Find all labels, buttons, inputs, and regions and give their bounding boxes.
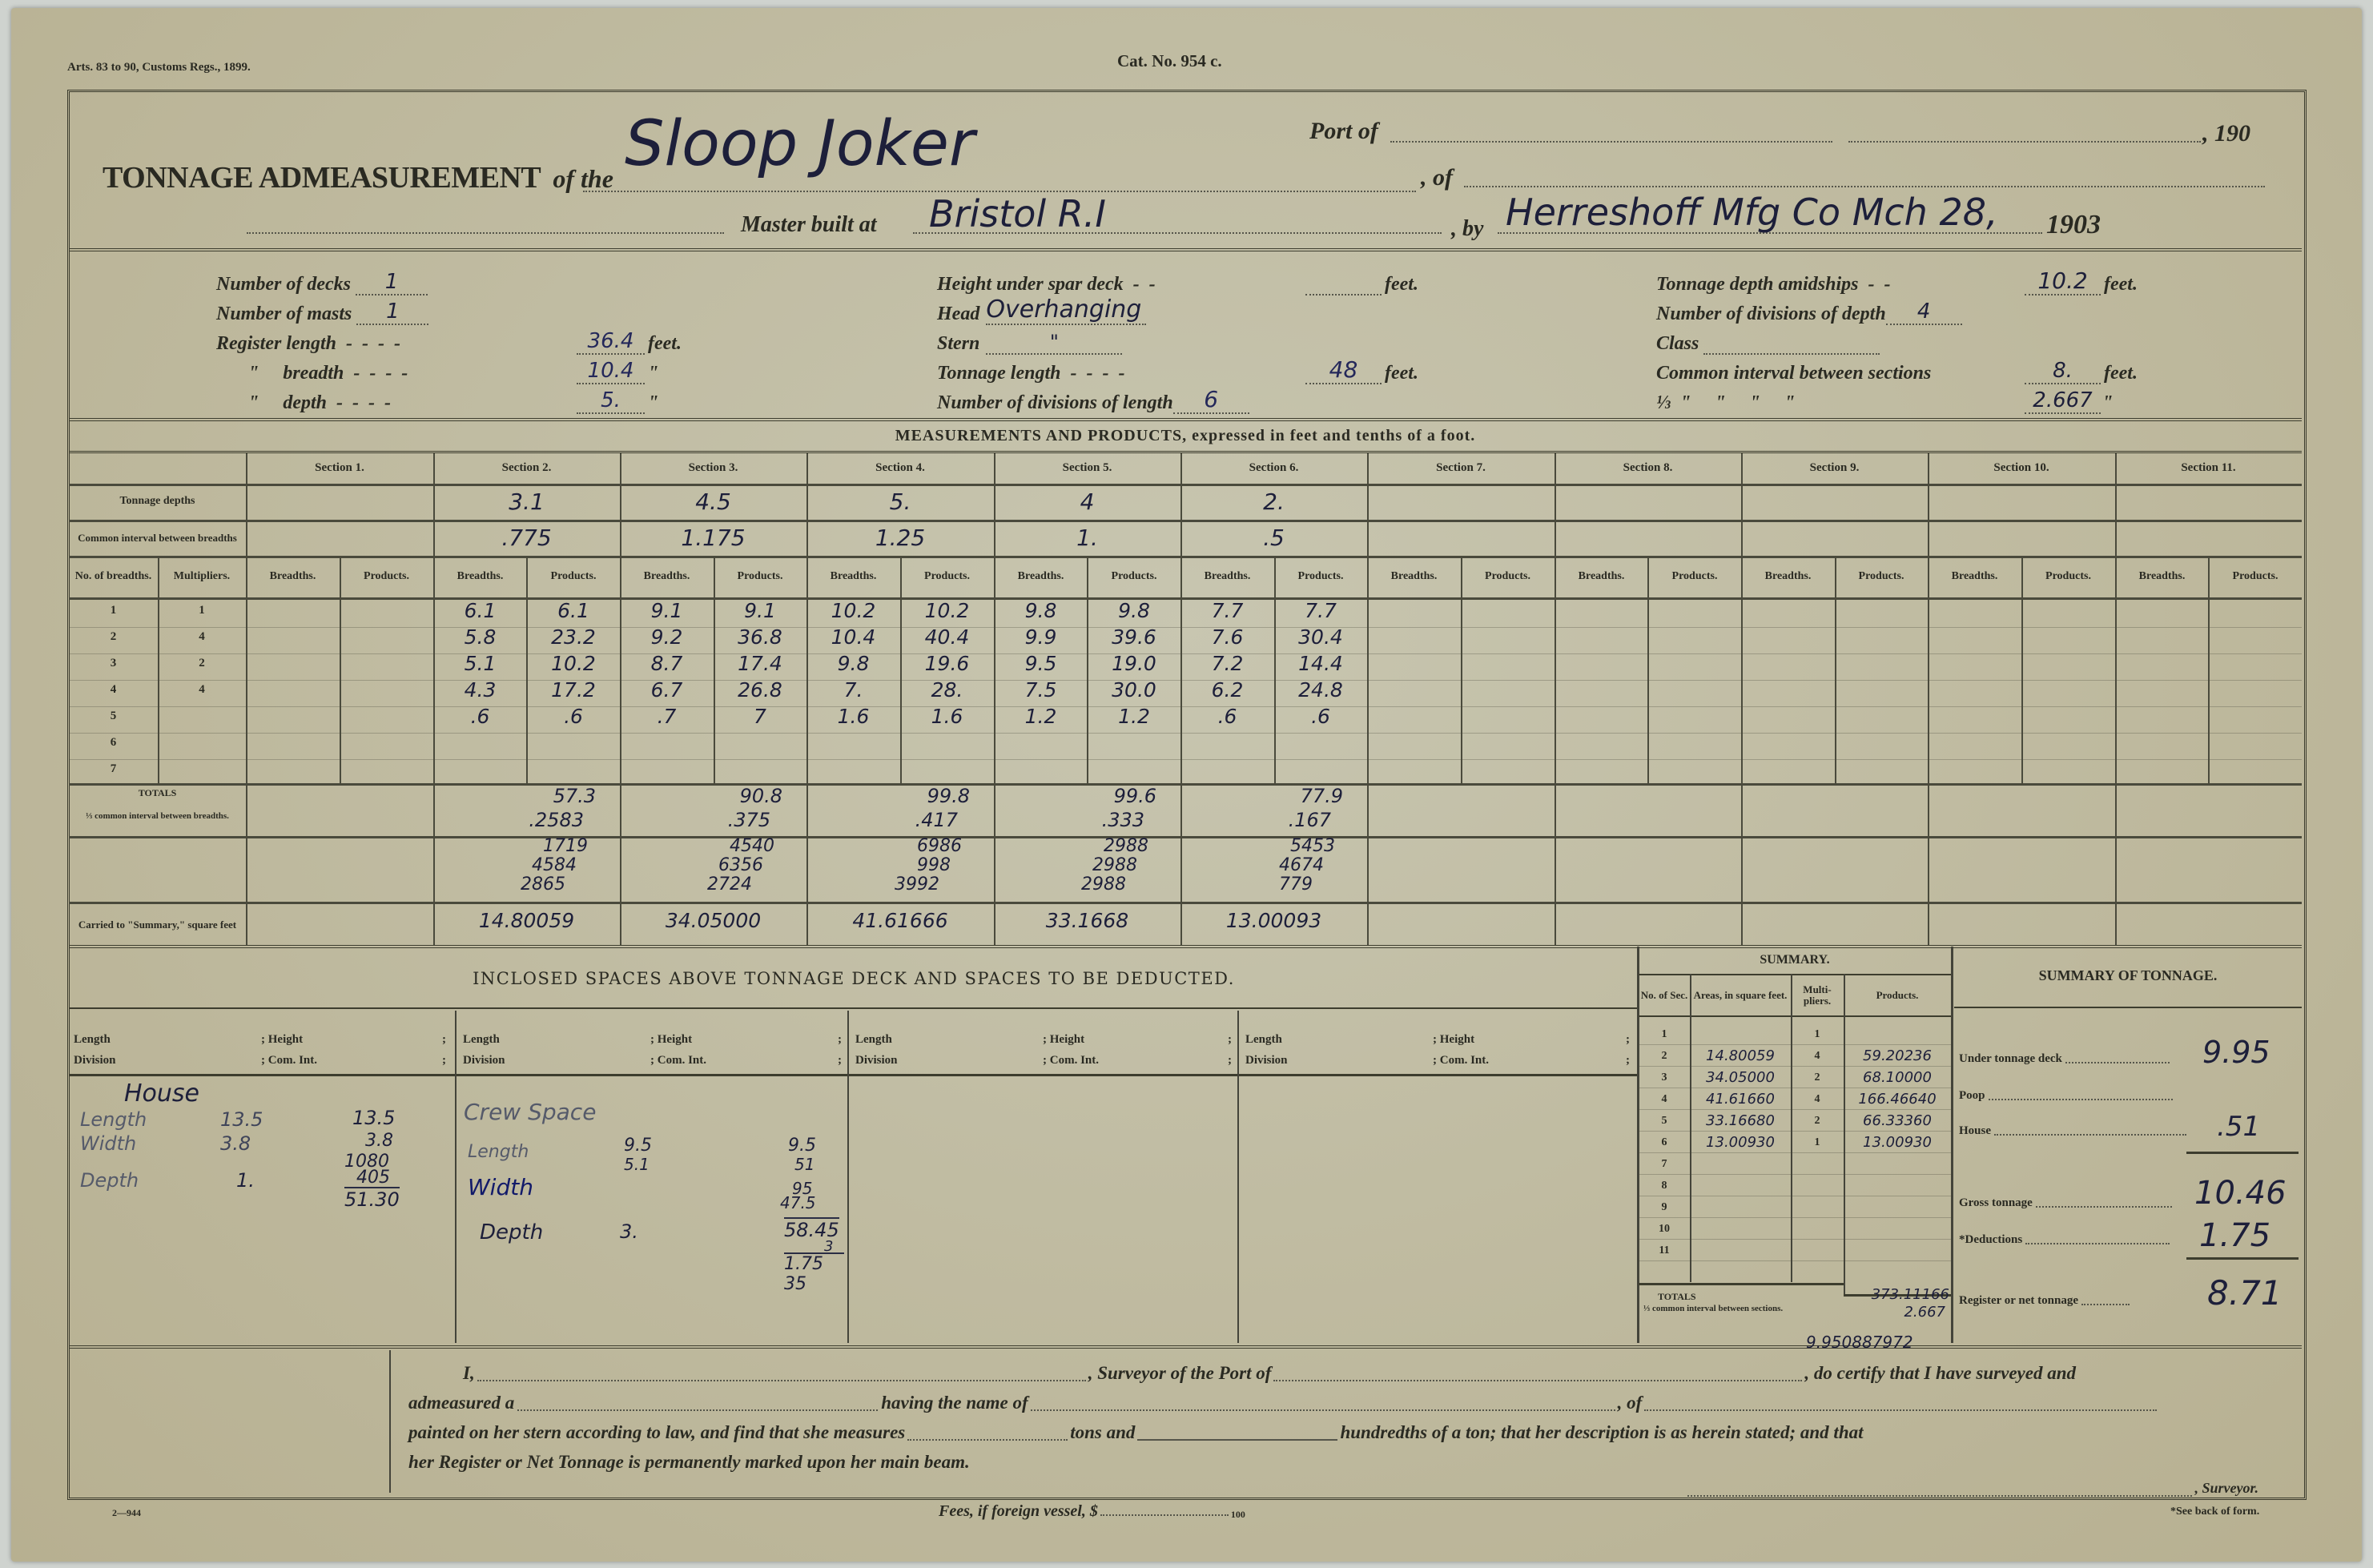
carried-to-summary-value[interactable] [1741,907,1928,934]
product-value[interactable]: 7.7 [1274,597,1367,624]
product-value[interactable] [2209,677,2302,703]
section-third-interval[interactable]: .2583 [433,809,584,833]
product-value[interactable]: 66.33360 [1844,1110,1951,1132]
product-value[interactable] [1844,1196,1951,1218]
column-divider [1951,947,1953,1343]
breadth-value[interactable]: 6.7 [620,677,714,703]
interval-value[interactable] [1741,520,1928,556]
fees-field[interactable] [1100,1514,1229,1516]
product-value[interactable]: .6 [527,703,620,730]
interval-value[interactable]: 1. [994,520,1180,556]
spar-deck-height-field[interactable] [1305,278,1382,296]
section-number: 8 [1639,1175,1690,1196]
product-value[interactable]: 14.4 [1274,650,1367,677]
product-value[interactable]: 59.20236 [1844,1045,1951,1067]
breadth-value[interactable] [2115,756,2209,782]
breadth-value[interactable] [1555,650,1648,677]
summary-table: SUMMARY.No. of Sec.Areas, in square feet… [1639,947,1951,1343]
breadth-value[interactable] [2115,650,2209,677]
product-value[interactable]: 39.6 [1088,624,1180,650]
area-value[interactable] [1690,1023,1791,1045]
date-field[interactable] [1848,141,2201,143]
breadth-value[interactable] [2115,703,2209,730]
divisions-of-length-field[interactable]: 6 [1173,386,1249,414]
product-value[interactable]: 9.1 [714,597,806,624]
interval-value[interactable]: .775 [433,520,620,556]
product-value[interactable] [1648,624,1741,650]
breadth-value[interactable] [1367,597,1461,624]
product-value[interactable] [1844,1023,1951,1045]
tonnage-length-field[interactable]: 48 [1305,356,1382,384]
breadth-value[interactable]: 6.1 [433,597,527,624]
breadth-value[interactable]: 1.2 [994,703,1088,730]
column-divider [847,1011,849,1343]
section-third-interval[interactable] [1928,809,2079,833]
product-value[interactable]: 19.0 [1088,650,1180,677]
tonnage-depth-value[interactable] [1741,484,1928,520]
section-calculation: 2988 [994,855,1137,876]
section-total[interactable]: 77.9 [1180,785,1343,809]
product-value[interactable] [1844,1218,1951,1240]
breadth-value[interactable] [1928,597,2021,624]
product-value[interactable]: 7 [714,703,806,730]
product-value[interactable] [1648,677,1741,703]
product-value[interactable]: 30.0 [1088,677,1180,703]
breadth-value[interactable] [1555,624,1648,650]
breadth-value[interactable] [1741,624,1835,650]
section-total[interactable] [1741,785,1904,809]
breadth-value[interactable]: 6.2 [1180,677,1274,703]
product-value[interactable]: 10.2 [900,597,994,624]
breadth-value[interactable] [1928,650,2021,677]
product-value[interactable] [2021,730,2115,756]
tonnage-depth-value[interactable]: 2. [1180,484,1367,520]
breadth-value[interactable]: .6 [433,703,527,730]
tonnage-depth-value[interactable] [1928,484,2115,520]
breadth-value[interactable]: 8.7 [620,650,714,677]
master-field[interactable] [247,232,724,234]
breadth-value[interactable]: .6 [1180,703,1274,730]
section-calculation: 998 [806,855,951,876]
product-value[interactable] [2209,730,2302,756]
product-value[interactable] [1088,730,1180,756]
product-value[interactable] [2021,677,2115,703]
product-value[interactable] [340,624,433,650]
product-value[interactable] [900,730,994,756]
section-total[interactable] [246,785,409,809]
breadth-value[interactable] [246,703,340,730]
breadth-value[interactable] [246,677,340,703]
breadth-value[interactable] [994,756,1088,782]
interval-value[interactable]: .5 [1180,520,1367,556]
of-field[interactable] [1464,186,2265,187]
see-back-note: *See back of form. [2170,1506,2259,1518]
breadth-value[interactable] [433,730,527,756]
sum-line [2186,1152,2299,1154]
product-value[interactable]: 40.4 [900,624,994,650]
breadth-value[interactable] [806,730,900,756]
breadth-value[interactable] [2115,730,2209,756]
interval-value[interactable] [246,520,433,556]
breadth-value[interactable] [1928,624,2021,650]
carried-to-summary-value[interactable] [1367,907,1555,934]
section-total[interactable] [2115,785,2278,809]
tonnage-depth-value[interactable]: 4 [994,484,1180,520]
section-third-interval[interactable]: .167 [1180,809,1331,833]
product-value[interactable] [1461,624,1555,650]
carried-to-summary-value[interactable]: 33.1668 [994,907,1180,934]
divisions-of-depth-field[interactable]: 4 [1886,300,1962,325]
gross-tonnage-value[interactable]: 10.46 [2194,1175,2287,1212]
area-value[interactable]: 14.80059 [1690,1045,1791,1067]
product-value[interactable] [1835,650,1928,677]
area-value[interactable] [1690,1175,1791,1196]
product-value[interactable] [714,756,806,782]
section-total[interactable]: 99.8 [806,785,970,809]
cert-line-2: admeasured a having the name of , of [408,1388,2291,1417]
breadth-value[interactable] [2115,677,2209,703]
product-value[interactable] [1461,756,1555,782]
breadth-value[interactable]: 10.4 [806,624,900,650]
breadths-header: Breadths. [1367,556,1461,597]
divider [69,1345,2302,1349]
product-value[interactable] [1844,1175,1951,1196]
section-total[interactable] [1367,785,1530,809]
breadth-value[interactable]: 7.2 [1180,650,1274,677]
product-value[interactable] [1648,650,1741,677]
house-value[interactable]: .51 [2217,1111,2260,1143]
product-value[interactable]: 68.10000 [1844,1067,1951,1088]
section-number: 7 [1639,1153,1690,1175]
port-of-field[interactable] [1390,141,1832,143]
register-length-field[interactable]: 36.4 [577,329,645,355]
interval-value[interactable] [1367,520,1555,556]
product-value[interactable] [1835,730,1928,756]
area-value[interactable] [1690,1196,1791,1218]
divider [1954,1007,2302,1008]
product-value[interactable] [2021,756,2115,782]
product-value[interactable] [340,677,433,703]
tonnage-depth-value[interactable]: 3.1 [433,484,620,520]
product-value[interactable]: 9.8 [1088,597,1180,624]
breadth-value[interactable] [1555,703,1648,730]
breadth-value[interactable]: 5.1 [433,650,527,677]
product-value[interactable] [340,597,433,624]
product-value[interactable]: 17.2 [527,677,620,703]
builder-field[interactable]: Herreshoff Mfg Co Mch 28, [1506,191,1998,234]
product-value[interactable] [1274,756,1367,782]
product-value[interactable]: 166.46640 [1844,1088,1951,1110]
breadth-value[interactable] [1555,677,1648,703]
section-total[interactable]: 90.8 [620,785,782,809]
net-tonnage-value[interactable]: 8.71 [2207,1273,2283,1313]
product-value[interactable] [1835,597,1928,624]
division-label: Division [74,1054,116,1067]
breadth-value[interactable] [1180,756,1274,782]
stern-field[interactable]: " [986,331,1122,355]
cert-of-field[interactable] [1644,1409,2157,1411]
breadth-value[interactable] [1928,703,2021,730]
breadth-value[interactable] [1741,597,1835,624]
breadth-value[interactable]: 7.6 [1180,624,1274,650]
product-value[interactable] [900,756,994,782]
product-value[interactable] [2209,597,2302,624]
breadth-value[interactable]: 9.8 [806,650,900,677]
product-value[interactable] [1835,624,1928,650]
carried-to-summary-value[interactable] [1555,907,1741,934]
product-value[interactable] [1461,730,1555,756]
product-value[interactable]: 6.1 [527,597,620,624]
product-value[interactable]: 36.8 [714,624,806,650]
third-interval-field[interactable]: 2.667 [2025,388,2101,414]
section-third-interval[interactable]: .333 [994,809,1144,833]
tonnage-depth-value[interactable] [2115,484,2302,520]
breadth-value[interactable] [1741,730,1835,756]
cert-vessel-name-field[interactable] [1031,1409,1615,1411]
breadth-value[interactable] [1367,730,1461,756]
product-value[interactable] [1844,1240,1951,1261]
product-value[interactable] [2209,703,2302,730]
breadth-value[interactable] [1928,730,2021,756]
product-value[interactable] [2209,624,2302,650]
product-value[interactable]: 24.8 [1274,677,1367,703]
breadth-value[interactable] [1180,730,1274,756]
area-value[interactable]: 34.05000 [1690,1067,1791,1088]
product-value[interactable] [1088,756,1180,782]
breadth-value[interactable] [1367,624,1461,650]
product-value[interactable]: 23.2 [527,624,620,650]
area-value[interactable] [1690,1153,1791,1175]
breadth-value[interactable] [1367,677,1461,703]
breadth-value[interactable] [1928,677,2021,703]
product-value[interactable]: 28. [900,677,994,703]
deductions-value[interactable]: 1.75 [2199,1217,2270,1254]
product-value[interactable] [1835,756,1928,782]
product-value[interactable]: 10.2 [527,650,620,677]
breadth-value[interactable]: 9.8 [994,597,1088,624]
product-value[interactable] [1835,677,1928,703]
breadth-value[interactable] [1741,756,1835,782]
product-value[interactable] [2021,650,2115,677]
product-value[interactable]: 30.4 [1274,624,1367,650]
register-breadth-field[interactable]: 10.4 [577,359,645,384]
product-value[interactable] [2209,756,2302,782]
tonnage-depth-value[interactable] [246,484,433,520]
interval-value[interactable] [2115,520,2302,556]
area-value[interactable]: 33.16680 [1690,1110,1791,1132]
section-third-interval[interactable] [1741,809,1892,833]
breadth-value[interactable] [1367,650,1461,677]
breadth-value[interactable]: 7. [806,677,900,703]
section-third-interval[interactable]: .375 [620,809,770,833]
leader-dots [2081,1304,2130,1305]
summary-total-value[interactable]: 373.11166 [1845,1286,1949,1303]
breadth-value[interactable] [1367,703,1461,730]
carried-to-summary-value[interactable] [246,907,433,934]
section-third-interval[interactable]: .417 [806,809,958,833]
masts-field[interactable]: 1 [356,300,428,325]
section-total[interactable] [1928,785,2091,809]
decks-field[interactable]: 1 [356,270,428,296]
carried-to-summary-value[interactable] [1928,907,2115,934]
breadth-value[interactable]: .7 [620,703,714,730]
product-value[interactable]: 1.6 [900,703,994,730]
product-value[interactable]: 1.2 [1088,703,1180,730]
breadth-value[interactable] [2115,597,2209,624]
breadth-value[interactable] [246,756,340,782]
tonnage-depth-field[interactable]: 10.2 [2025,267,2101,296]
poop-field[interactable] [1989,1099,2173,1100]
carried-to-summary-value[interactable] [2115,907,2302,934]
section-third-interval[interactable] [246,809,397,833]
section-third-interval[interactable] [1367,809,1518,833]
section-total[interactable] [1555,785,1717,809]
product-value[interactable] [340,703,433,730]
interval-value[interactable] [1928,520,2115,556]
product-value[interactable] [1461,650,1555,677]
product-value[interactable] [1461,677,1555,703]
breadth-value[interactable]: 1.6 [806,703,900,730]
summary-column-header: Areas, in square feet. [1690,975,1791,1015]
breadth-value[interactable] [1555,756,1648,782]
section-total[interactable]: 99.6 [994,785,1156,809]
breadth-value[interactable] [246,650,340,677]
register-depth-field[interactable]: 5. [577,388,645,414]
tons-field[interactable] [907,1439,1068,1441]
product-value[interactable] [1648,703,1741,730]
class-field[interactable] [1703,337,1880,355]
breadth-value[interactable]: 9.1 [620,597,714,624]
under-deck-value[interactable]: 9.95 [2202,1035,2270,1070]
product-value[interactable] [340,756,433,782]
product-value[interactable] [1835,703,1928,730]
breadth-value[interactable]: 9.9 [994,624,1088,650]
breadth-value[interactable]: 4.3 [433,677,527,703]
tonnage-depth-value[interactable] [1555,484,1741,520]
product-value[interactable] [340,650,433,677]
breadth-value[interactable] [620,756,714,782]
surveyor-name-field[interactable] [477,1380,1086,1381]
carried-to-summary-value[interactable]: 41.61666 [806,907,994,934]
product-value[interactable] [2021,624,2115,650]
breadth-value[interactable] [1741,650,1835,677]
interval-value[interactable]: 1.25 [806,520,994,556]
product-value[interactable] [714,730,806,756]
multiplier-value: 2 [158,650,246,677]
product-value[interactable] [1844,1153,1951,1175]
breadth-value[interactable] [433,756,527,782]
breadth-value[interactable] [1555,597,1648,624]
section-third-interval[interactable] [1555,809,1705,833]
carried-to-summary-value[interactable]: 13.00093 [1180,907,1367,934]
breadth-value[interactable] [1741,677,1835,703]
area-value[interactable]: 41.61660 [1690,1088,1791,1110]
breadth-value[interactable]: 9.5 [994,650,1088,677]
breadth-value[interactable] [246,624,340,650]
vessel-name-field[interactable]: Sloop Joker [625,108,975,180]
product-value[interactable] [1648,597,1741,624]
area-value[interactable] [1690,1240,1791,1261]
tonnage-depth-value[interactable] [1367,484,1555,520]
breadth-value[interactable]: 7.5 [994,677,1088,703]
carried-to-summary-value[interactable]: 14.80059 [433,907,620,934]
breadth-value[interactable] [246,730,340,756]
unit-label: " [648,392,658,414]
breadth-value[interactable] [806,756,900,782]
interval-value[interactable] [1555,520,1741,556]
breadth-value[interactable] [620,730,714,756]
products-header: Products. [340,556,433,597]
breadth-value[interactable]: 5.8 [433,624,527,650]
separator: ; [838,1054,842,1067]
cert-port-field[interactable] [1273,1380,1802,1381]
section-header: Section 3. [620,453,806,484]
multiplier-value [1791,1175,1844,1196]
section-calculation: 4540 [620,836,774,857]
product-value[interactable] [340,730,433,756]
interval-value[interactable]: 1.175 [620,520,806,556]
product-value[interactable] [527,730,620,756]
breadth-value[interactable]: 10.2 [806,597,900,624]
built-at-field[interactable]: Bristol R.I [929,192,1106,235]
section-calculation [2115,855,2258,876]
product-value[interactable] [1461,703,1555,730]
tonnage-depth-value[interactable]: 5. [806,484,994,520]
product-value[interactable] [1648,756,1741,782]
product-value[interactable] [1461,597,1555,624]
breadth-value[interactable] [994,730,1088,756]
product-value[interactable] [1648,730,1741,756]
product-value[interactable]: .6 [1274,703,1367,730]
breadth-value[interactable] [1555,730,1648,756]
product-value[interactable]: 13.00930 [1844,1132,1951,1153]
area-value[interactable] [1690,1218,1791,1240]
tonnage-depth-value[interactable]: 4.5 [620,484,806,520]
products-header: Products. [2021,556,2115,597]
product-value[interactable]: 17.4 [714,650,806,677]
breadth-value[interactable] [1367,756,1461,782]
area-value[interactable]: 13.00930 [1690,1132,1791,1153]
surveyor-signature-field[interactable] [1687,1495,2192,1497]
hundredths-field[interactable] [1137,1439,1337,1441]
product-value[interactable] [1274,730,1367,756]
particular-row: Tonnage depth amidships - - 10.2 feet. [1656,266,2233,296]
breadth-value[interactable] [1928,756,2021,782]
inclosed-headers: Length; Height;Division; Com. Int.;Lengt… [69,1011,1639,1075]
summary-third-value[interactable]: 2.667 [1845,1304,1945,1321]
unit-label: " [2102,392,2113,414]
section-third-interval[interactable] [2115,809,2266,833]
section-total[interactable]: 57.3 [433,785,596,809]
particular-label: Tonnage length - - - - [937,363,1305,384]
vessel-type-field[interactable] [517,1409,878,1411]
product-value[interactable] [2021,703,2115,730]
common-interval-field[interactable]: 8. [2025,359,2101,384]
carried-to-summary-value[interactable]: 34.05000 [620,907,806,934]
breadth-value[interactable] [246,597,340,624]
breadth-value[interactable] [2115,624,2209,650]
product-value[interactable] [527,756,620,782]
product-value[interactable]: 26.8 [714,677,806,703]
breadth-value[interactable] [1741,703,1835,730]
breadth-value[interactable]: 7.7 [1180,597,1274,624]
product-value[interactable] [2021,597,2115,624]
head-field[interactable]: Overhanging [986,296,1146,325]
product-value[interactable]: 19.6 [900,650,994,677]
breadth-value[interactable]: 9.2 [620,624,714,650]
product-value[interactable] [2209,650,2302,677]
section-calculation: 3992 [806,874,939,895]
